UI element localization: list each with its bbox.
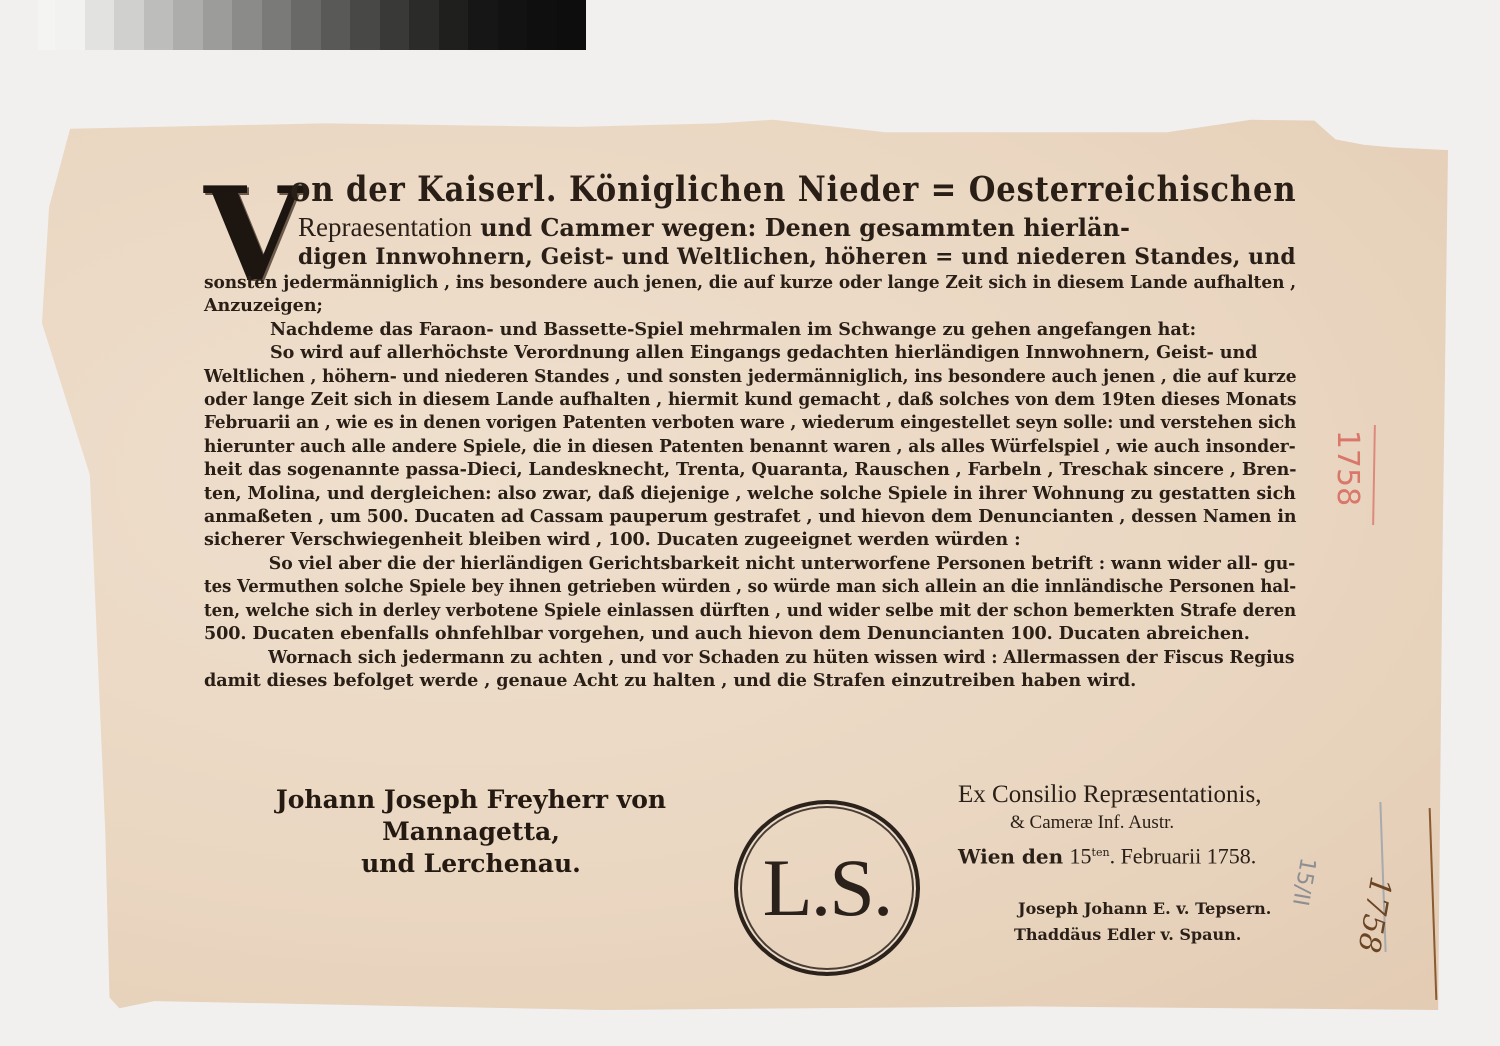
text-line: tes Vermuthen solche Spiele bey ihnen ge… [204,575,1235,598]
calibration-swatch [350,0,380,50]
decree-body: sonsten jedermänniglich , ins besondere … [204,271,1296,692]
calibration-swatch [203,0,233,50]
calibration-swatch [321,0,351,50]
calibration-swatch [262,0,292,50]
text-line: ten, Molina, und dergleichen: also zwar,… [204,482,1286,505]
calibration-swatch [85,0,115,50]
decree-title: on der Kaiserl. Königlichen Nieder = Oes… [290,168,1170,212]
signer-name: Johann Joseph Freyherr von Mannagetta, [206,784,736,848]
calibration-swatch [380,0,410,50]
seal-text: L.S. [763,841,892,935]
red-pencil-annotation: 1758 [1300,445,1396,491]
decree-subtitle-2: digen Innwohnern, Geist- und Weltlichen,… [298,243,1286,271]
calibration-swatch [114,0,144,50]
text-line: 500. Ducaten ebenfalls ohnfehlbar vorgeh… [204,622,1296,645]
text-line: heit das sogenannte passa-Dieci, Landesk… [204,458,1288,481]
council-block: Ex Consilio Repræsentationis, & Cameræ I… [950,780,1290,948]
calibration-swatch [291,0,321,50]
text-line: oder lange Zeit sich in diesem Lande auf… [204,388,1263,411]
text-line: So viel aber die der hierländigen Gerich… [204,552,1276,575]
text-line: Anzuzeigen; [204,294,1296,317]
calibration-swatch [439,0,469,50]
signer-title: und Lerchenau. [206,848,736,880]
calibration-swatch [527,0,557,50]
text-line: sicherer Verschwiegenheit bleiben wird ,… [204,528,1296,551]
calibration-swatch [232,0,262,50]
text-line: Nachdeme das Faraon- und Bassette-Spiel … [204,318,1296,341]
calibration-swatch [557,0,587,50]
countersigner-1: Joseph Johann E. v. Tepsern. [1018,896,1290,922]
text-line: sonsten jedermänniglich , ins besondere … [204,271,1261,294]
text-line: Februarii an , wie es in denen vorigen P… [204,411,1249,434]
date-day: 15 [1070,844,1092,869]
date-day-suffix: ten [1092,846,1110,859]
countersigner-2: Thaddäus Edler v. Spaun. [1014,922,1290,948]
decree-text: V on der Kaiserl. Königlichen Nieder = O… [204,168,1296,692]
text-line: damit dieses befolget werde , genaue Ach… [204,669,1296,692]
date-rest: . Februarii 1758. [1110,844,1257,869]
calibration-swatch [498,0,528,50]
date-place: Wien den [958,845,1063,869]
seal-stamp: L.S. [734,800,920,976]
calibration-swatch [173,0,203,50]
text-line: hierunter auch alle andere Spiele, die i… [204,435,1260,458]
text-line: Wornach sich jedermann zu achten , und v… [204,646,1265,669]
calibration-swatch [55,0,85,50]
countersigners: Joseph Johann E. v. Tepsern. Thaddäus Ed… [1018,896,1290,948]
calibration-swatch [144,0,174,50]
council-line-1: Ex Consilio Repræsentationis, [958,780,1290,810]
text-line: So wird auf allerhöchste Verordnung alle… [204,341,1296,364]
text-line: Weltlichen , höhern- und niederen Stande… [204,365,1259,388]
date-line: Wien den 15ten. Februarii 1758. [958,836,1290,874]
color-calibration-card [38,0,586,50]
calibration-lead [38,0,55,50]
calibration-swatch [409,0,439,50]
council-line-2: & Cameræ Inf. Austr. [1010,810,1290,836]
text-line: anmaßeten , um 500. Ducaten ad Cassam pa… [204,505,1280,528]
decree-subtitle: Repraesentation und Cammer wegen: Denen … [298,212,1296,243]
text-line: ten, welche sich in derley verbotene Spi… [204,599,1242,622]
subtitle-latin: Repraesentation [298,212,472,242]
signer-block: Johann Joseph Freyherr von Mannagetta, u… [206,784,736,880]
calibration-swatch [468,0,498,50]
subtitle-rest: und Cammer wegen: Denen gesammten hierlä… [480,213,1130,242]
